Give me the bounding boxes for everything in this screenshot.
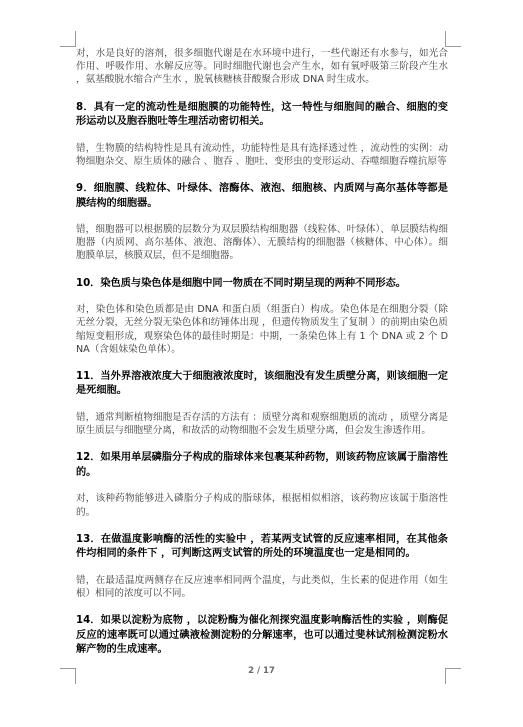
question-9: 9．细胞膜、线粒体、叶绿体、溶酶体、液泡、细胞核、内质网与高尔基体等都是膜结构的… [76,182,448,211]
question-12: 12．如果用单层磷脂分子构成的脂球体来包裹某种药物，则该药物应该属于脂溶性的。 [76,451,448,480]
answer-11: 错，通常判断植物细胞是否存活的方法有 ：质壁分离和观察细胞质的流动 ，质壁分离是… [76,411,448,437]
question-11: 11．当外界溶液浓度大于细胞液浓度时，该细胞没有发生质壁分离，则该细胞一定是死细… [76,370,448,399]
question-14: 14．如果以淀粉为底物 ，以淀粉酶为催化剂探究温度影响酶活性的实验 ，则酶促反应… [76,614,448,658]
page-corner-mark-top-right [445,31,461,47]
document-page: 对，水是良好的溶剂，很多细胞代谢是在水环境中进行，一些代谢还有水参与，如光合作用… [0,0,523,727]
answer-8: 错，生物膜的结构特性是具有流动性，功能特性是具有选择透过性 ，流动性的实例：动物… [76,142,448,168]
document-body: 对，水是良好的溶剂，很多细胞代谢是在水环境中进行，一些代谢还有水参与，如光合作用… [76,47,448,658]
page-number-indicator: 2 / 17 [0,666,523,676]
answer-paragraph: 对，水是良好的溶剂，很多细胞代谢是在水环境中进行，一些代谢还有水参与，如光合作用… [76,47,448,87]
answer-9: 错，细胞器可以根据膜的层数分为双层膜结构细胞器（线粒体、叶绿体）、单层膜结构细胞… [76,223,448,263]
page-corner-mark-top-left [60,31,76,47]
answer-10: 对，染色体和染色质都是由 DNA 和蛋白质（组蛋白）构成。染色体是在细胞分裂（除… [76,303,448,356]
answer-13: 错，在最适温度两侧存在反应速率相同两个温度，与此类似，生长素的促进作用（如生根）… [76,574,448,600]
question-13: 13．在做温度影响酶的活性的实验中 ，若某两支试管的反应速率相同，在其他条件均相… [76,533,448,562]
question-10: 10．染色质与染色体是细胞中同一物质在不同时期呈现的两种不同形态。 [76,277,448,292]
question-8: 8．具有一定的流动性是细胞膜的功能特性，这一特性与细胞间的融合、细胞的变形运动以… [76,101,448,130]
answer-12: 对，该种药物能够进入磷脂分子构成的脂球体，根据相似相溶，该药物应该属于脂溶性的。 [76,492,448,518]
